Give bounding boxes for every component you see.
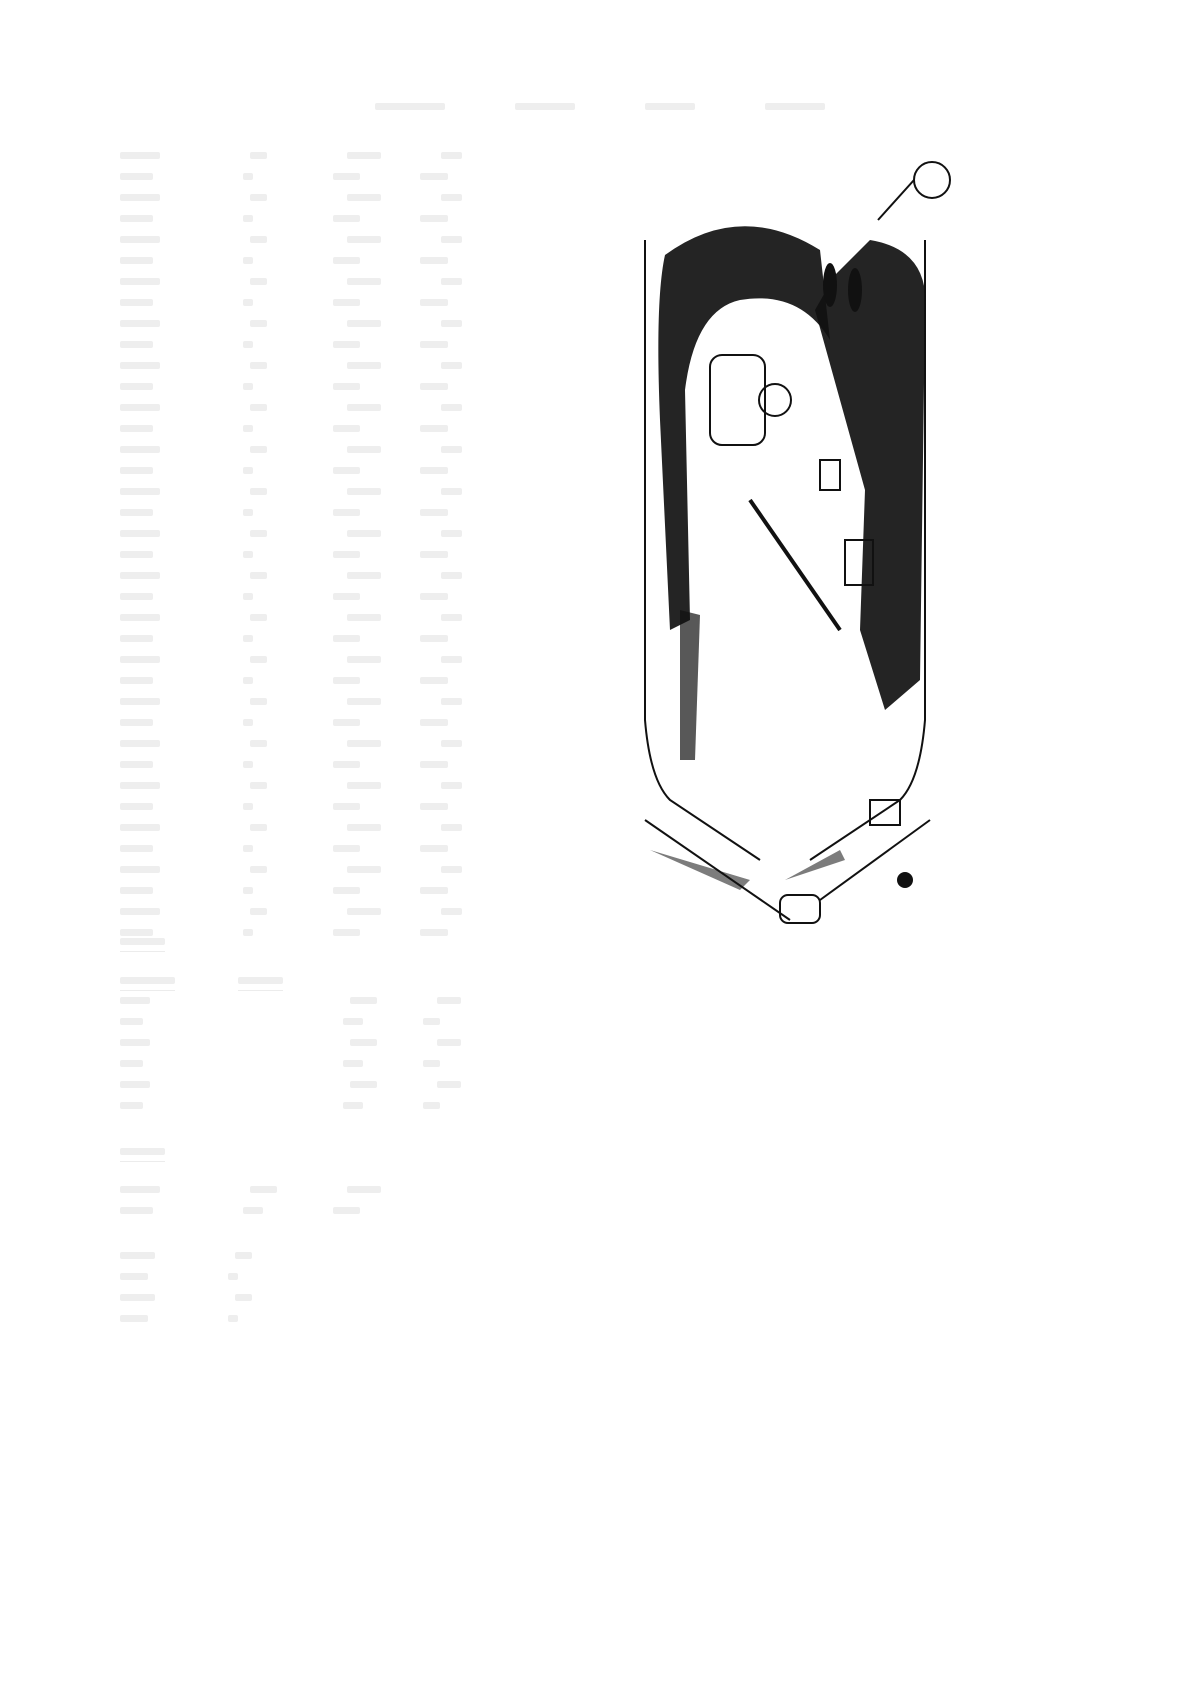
table-row (120, 544, 462, 565)
parts-table (120, 145, 462, 943)
table-row (120, 733, 462, 754)
title-word (765, 92, 825, 118)
table-row (120, 460, 462, 481)
table-row (120, 292, 462, 313)
table-row (120, 565, 462, 586)
table-row (120, 502, 462, 523)
title-word (515, 92, 575, 118)
table-row (120, 145, 462, 166)
table-row (120, 859, 462, 880)
table-row (120, 754, 462, 775)
table-row (120, 334, 462, 355)
table-row (120, 1287, 381, 1308)
table-row (120, 523, 462, 544)
table-row (120, 1179, 381, 1200)
table-row (120, 901, 462, 922)
section-heading (120, 930, 165, 952)
table-row (120, 712, 462, 733)
table-row (120, 1032, 461, 1053)
table-row (120, 838, 462, 859)
table-row (120, 1245, 381, 1266)
table-row (120, 166, 462, 187)
column-header (238, 969, 283, 991)
title-word (375, 92, 445, 118)
table-row (120, 250, 462, 271)
table-row (120, 208, 462, 229)
title-word (645, 92, 695, 118)
table-row (120, 670, 462, 691)
table-row (120, 607, 462, 628)
table-row (120, 271, 462, 292)
playfield-diagram (640, 160, 1020, 1030)
column-header (120, 969, 175, 991)
table-row (120, 1053, 461, 1074)
table-row (120, 775, 462, 796)
table-row (120, 990, 461, 1011)
table-row (120, 880, 462, 901)
table-row (120, 481, 462, 502)
table-row (120, 355, 462, 376)
table-row (120, 691, 462, 712)
table-row (120, 1011, 461, 1032)
table-row (120, 817, 462, 838)
table-row (120, 418, 462, 439)
section-heading (120, 1140, 165, 1162)
table-row (120, 628, 462, 649)
table-row (120, 1266, 381, 1287)
table-row (120, 187, 462, 208)
table-row (120, 649, 462, 670)
section-2 (120, 930, 461, 1116)
table-row (120, 586, 462, 607)
table-row (120, 1074, 461, 1095)
table-row (120, 796, 462, 817)
section-3 (120, 1140, 381, 1329)
table-row (120, 229, 462, 250)
table-row (120, 397, 462, 418)
table-row (120, 1095, 461, 1116)
table-row (120, 376, 462, 397)
document-title (375, 92, 825, 118)
table-row (120, 439, 462, 460)
table-row (120, 313, 462, 334)
table-row (120, 1200, 381, 1221)
table-row (120, 1308, 381, 1329)
callout-circle (914, 162, 950, 198)
